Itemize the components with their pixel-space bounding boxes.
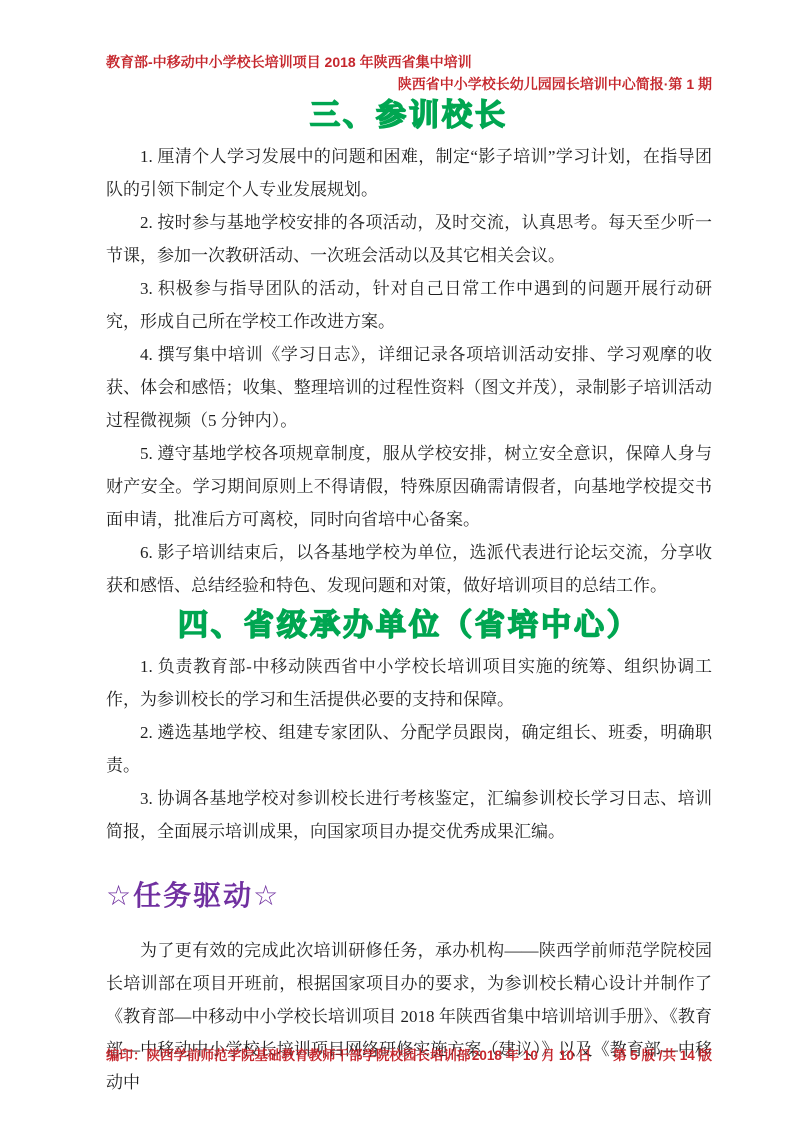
- footer-publisher: 编印：陕西学前师范学院基础教育教师干部学院校园长培训部: [106, 1046, 471, 1065]
- section-4-paragraph-2: 2. 遴选基地学校、组建专家团队、分配学员跟岗，确定组长、班委，明确职责。: [106, 716, 712, 782]
- page-content: 三、参训校长 1. 厘清个人学习发展中的问题和困难，制定“影子培训”学习计划，在…: [106, 96, 712, 1099]
- section-3-title: 三、参训校长: [106, 98, 712, 134]
- header-bulletin-issue: 陕西省中小学校长幼儿园园长培训中心简报·第 1 期: [106, 74, 712, 94]
- section-4-paragraph-1: 1. 负责教育部-中移动陕西省中小学校长培训项目实施的统筹、组织协调工作，为参训…: [106, 650, 712, 716]
- section-3-paragraph-5: 5. 遵守基地学校各项规章制度，服从学校安排，树立安全意识，保障人身与财产安全。…: [106, 437, 712, 536]
- task-driven-heading: ☆任务驱动☆: [106, 879, 712, 913]
- section-3-paragraph-4: 4. 撰写集中培训《学习日志》，详细记录各项培训活动安排、学习观摩的收获、体会和…: [106, 338, 712, 437]
- section-3-paragraph-6: 6. 影子培训结束后，以各基地学校为单位，选派代表进行论坛交流，分享收获和感悟、…: [106, 536, 712, 602]
- page-footer: 编印：陕西学前师范学院基础教育教师干部学院校园长培训部 2018 年 10 月 …: [106, 1046, 712, 1065]
- section-4-title: 四、省级承办单位（省培中心）: [106, 608, 712, 644]
- section-3-paragraph-1: 1. 厘清个人学习发展中的问题和困难，制定“影子培训”学习计划，在指导团队的引领…: [106, 140, 712, 206]
- section-3-paragraph-2: 2. 按时参与基地学校安排的各项活动，及时交流，认真思考。每天至少听一节课，参加…: [106, 206, 712, 272]
- footer-date: 2018 年 10 月 10 日: [472, 1048, 591, 1063]
- page-header: 教育部-中移动中小学校长培训项目 2018 年陕西省集中培训 陕西省中小学校长幼…: [106, 52, 712, 94]
- bulletin-page: 教育部-中移动中小学校长培训项目 2018 年陕西省集中培训 陕西省中小学校长幼…: [0, 0, 800, 1131]
- footer-right-group: 2018 年 10 月 10 日 第 5 版 /共 14 版: [472, 1046, 712, 1065]
- section-3-paragraph-3: 3. 积极参与指导团队的活动，针对自己日常工作中遇到的问题开展行动研究，形成自己…: [106, 272, 712, 338]
- section-4-paragraph-3: 3. 协调各基地学校对参训校长进行考核鉴定，汇编参训校长学习日志、培训简报，全面…: [106, 782, 712, 848]
- footer-page-info: 第 5 版 /共 14 版: [613, 1048, 712, 1063]
- task-paragraph: 为了更有效的完成此次培训研修任务，承办机构——陕西学前师范学院校园长培训部在项目…: [106, 934, 712, 1099]
- header-project-title: 教育部-中移动中小学校长培训项目 2018 年陕西省集中培训: [106, 52, 712, 72]
